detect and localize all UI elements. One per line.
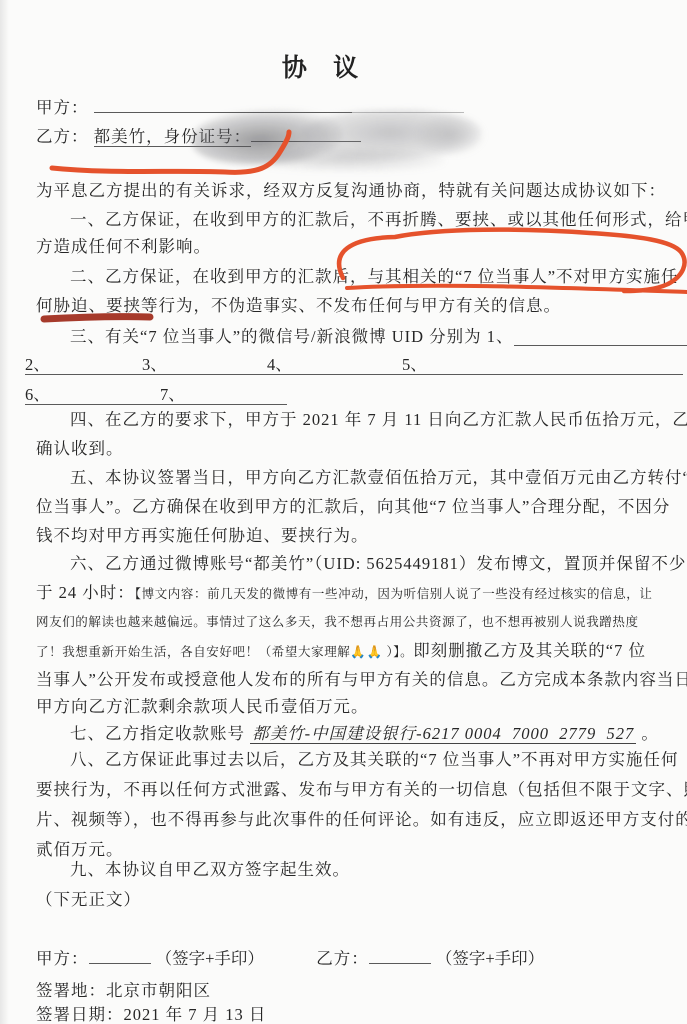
signing-date-row: 签署日期：2021 年 7 月 13 日 [36, 1000, 687, 1024]
bank-account-number: 都美竹-中国建设银行-6217 0004 7000 2779 527 [250, 724, 636, 744]
clause-4-line-2: 确认收到。 [36, 434, 687, 464]
party-b-blank-line [251, 121, 361, 142]
clause-7-suffix: 。 [636, 724, 659, 743]
party-a-label: 甲方： [36, 98, 89, 117]
scan-edge-shadow [0, 0, 9, 1024]
clause-6-line-6: 甲方向乙方汇款剩余款项人民币壹佰万元。 [36, 692, 687, 722]
party-a-blank-line [94, 92, 352, 113]
signing-place-label: 签署地： [36, 981, 106, 1000]
clause-1-line-1: 一、乙方保证，在收到甲方的汇款后，不再折腾、要挟、或以其他任何形式，给甲 [36, 205, 687, 235]
agreement-document: 协 议 甲方： 乙方： 都美竹，身份证号： 为平息乙方提出的有关诉求，经双方反复… [0, 0, 687, 1024]
party-b-label: 乙方： [36, 127, 89, 146]
clause-1-line-2: 方造成任何不利影响。 [36, 232, 687, 262]
clause-8-line-1: 八、乙方保证此事过去以后，乙方及其关联的“7 位当事人”不再对甲方实施任何 [36, 745, 687, 775]
party-b-value: 都美竹，身份证号： [94, 127, 252, 147]
clause-9-line: 九、本协议自甲乙双方签字起生效。 [36, 855, 687, 885]
signature-party-b-note: （签字+手印） [436, 949, 544, 968]
party-b-row: 乙方： 都美竹，身份证号： [36, 121, 687, 151]
uid-num-3: 3、 [142, 350, 167, 380]
blog-post-text: 【博文内容：前几天发的微博有一些冲动，因为听信别人说了一些没有经过核实的信息，让 [135, 587, 653, 601]
signature-party-b-label: 乙方： [316, 949, 369, 968]
signature-party-a-note: （签字+手印） [156, 949, 264, 968]
clause-3-text: 三、有关“7 位当事人”的微信号/新浪微博 UID 分别为 1、 [36, 322, 514, 352]
uid-num-5: 5、 [402, 350, 427, 380]
signature-party-b-blank [369, 943, 431, 964]
clause-6-line-4-normal: 即刻删撤乙方及其关联的“7 位 [413, 641, 646, 660]
clause-5-line-1: 五、本协议签署当日，甲方向乙方汇款壹佰伍拾万元，其中壹佰万元由乙方转付“7 [36, 463, 687, 493]
signing-date-value: 2021 年 7 月 13 日 [124, 1005, 267, 1024]
signature-party-a-blank [89, 943, 151, 964]
party-a-blank-line-faint [352, 92, 464, 113]
signing-place-value: 北京市朝阳区 [106, 981, 211, 1000]
page-title: 协 议 [0, 48, 650, 84]
clause-8-line-2: 要挟行为，不再以任何方式泄露、发布与甲方有关的一切信息（包括但不限于文字、照 [36, 775, 687, 805]
clause-8-line-3: 片、视频等），也不得再参与此次事件的任何评论。如有违反，应立即返还甲方支付的 [36, 805, 687, 835]
clause-6-line-3 blog-post-text: 网友们的解读也越来越偏远。事情过了这么多天，我不想再占用公共资源了，也不想再被别… [36, 607, 687, 637]
clause-7-prefix: 七、乙方指定收款账号 [70, 724, 250, 743]
clause-5-line-2: 位当事人”。乙方确保在收到甲方的汇款后，向其他“7 位当事人”合理分配，不因分 [36, 492, 687, 522]
clause-5-line-3: 钱不均对甲方再实施任何胁迫、要挟行为。 [36, 521, 687, 551]
signature-party-a-label: 甲方： [36, 949, 89, 968]
clause-4-line-1: 四、在乙方的要求下，甲方于 2021 年 7 月 11 日向乙方汇款人民币伍拾万… [36, 405, 687, 435]
clause-6-line-2: 于 24 小时：【博文内容：前几天发的微博有一些冲动，因为听信别人说了一些没有经… [36, 578, 687, 608]
signature-row: 甲方： （签字+手印） 乙方： （签字+手印） [36, 943, 687, 973]
clause-3-line-1: 三、有关“7 位当事人”的微信号/新浪微博 UID 分别为 1、 [36, 322, 687, 352]
clause-2-line-1: 二、乙方保证，在收到甲方的汇款后，与其相关的“7 位当事人”不对甲方实施任 [36, 262, 687, 292]
signing-date-label: 签署日期： [36, 1005, 124, 1024]
clause-6-line-4: 了！我想重新开始生活，各自安好吧！（希望大家理解🙏🙏 ）】。即刻删撤乙方及其关联… [36, 636, 687, 666]
uid-blank-rule [25, 374, 683, 375]
uid-num-4: 4、 [267, 350, 292, 380]
blog-post-text: 了！我想重新开始生活，各自安好吧！（希望大家理解🙏🙏 ）】。 [36, 645, 413, 659]
intro-line: 为平息乙方提出的有关诉求，经双方反复沟通协商，特就有关问题达成协议如下： [36, 176, 687, 206]
uid-blank-1 [514, 322, 687, 346]
uid-num-2: 2、 [25, 350, 50, 380]
clause-6-line-2-normal: 于 24 小时： [36, 583, 135, 602]
clause-6-line-1: 六、乙方通过微博账号“都美竹”（UID: 5625449181）发布博文，置顶并… [36, 549, 687, 579]
clause-2-line-2: 何胁迫、要挟等行为，不伪造事实、不发布任何与甲方有关的信息。 [36, 291, 687, 321]
party-a-row: 甲方： [36, 92, 687, 122]
clause-3-line-2: 2、 3、 4、 5、 [25, 350, 683, 380]
no-more-text-line: （下无正文） [36, 885, 687, 915]
clause-6-line-5: 当事人”公开发布或授意他人发布的所有与甲方有关的信息。乙方完成本条款内容当日， [36, 665, 687, 695]
